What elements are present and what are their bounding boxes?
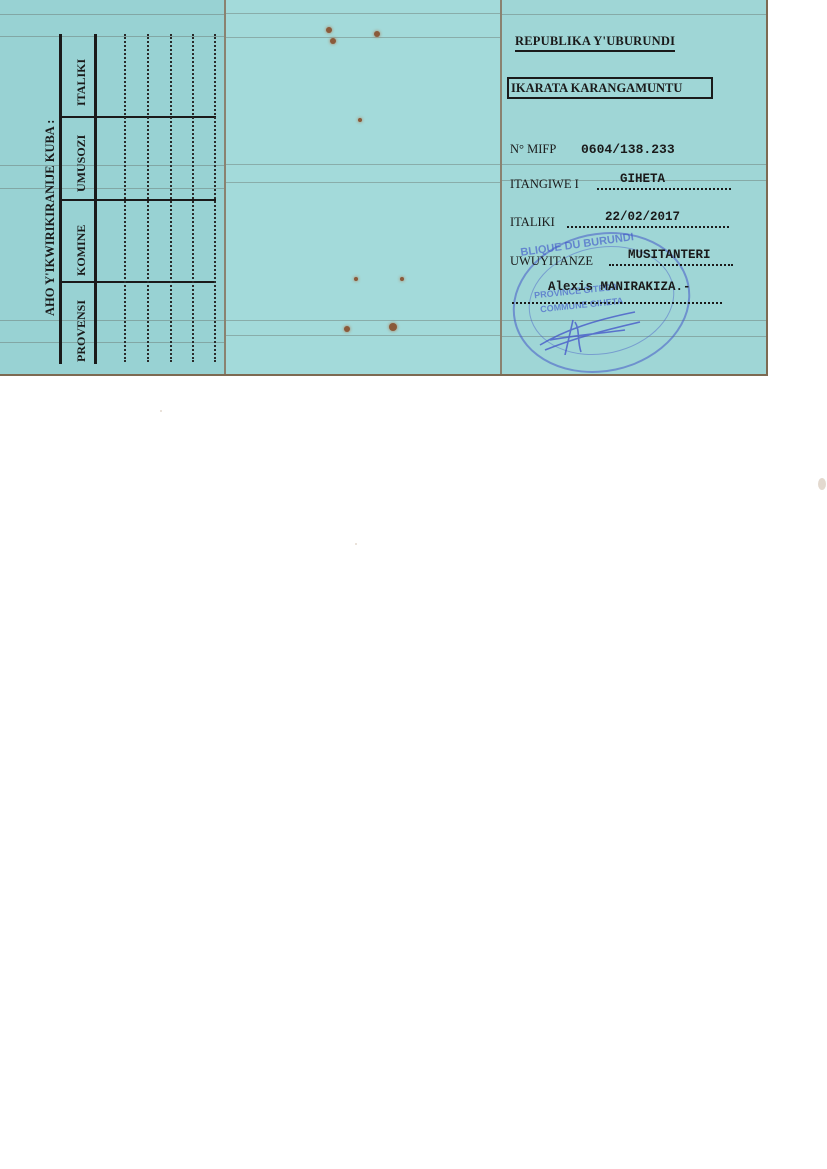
id-card: AHO Y'IKWIRIKIRANIJE KUBA : PROVENSI KOM… [0, 0, 768, 376]
issuer-name: Alexis MANIRAKIZA.- [548, 280, 691, 294]
fold-line [226, 164, 500, 165]
dotted-line [567, 226, 729, 228]
staple-mark [354, 277, 358, 281]
field-date: ITALIKI [510, 215, 555, 230]
column-umusozi: UMUSOZI [74, 135, 89, 192]
field-label: N° MIFP [510, 142, 556, 156]
entry-line [170, 34, 172, 362]
card-title: IKARATA KARANGAMUNTU [507, 77, 713, 99]
residence-table: AHO Y'IKWIRIKIRANIJE KUBA : PROVENSI KOM… [0, 0, 226, 374]
field-label: ITANGIWE I [510, 177, 579, 191]
blank-middle-panel [226, 0, 502, 374]
scan-speck [355, 543, 357, 545]
fold-line [226, 13, 500, 14]
column-provensi: PROVENSI [74, 300, 89, 362]
staple-mark [344, 326, 350, 332]
field-value: 0604/138.233 [581, 142, 675, 157]
entry-line [214, 34, 216, 362]
country-title: REPUBLIKA Y'UBURUNDI [515, 34, 675, 52]
field-value: 22/02/2017 [605, 210, 680, 224]
residence-history-panel: AHO Y'IKWIRIKIRANIJE KUBA : PROVENSI KOM… [0, 0, 226, 374]
staple-mark [389, 323, 397, 331]
staple-mark [400, 277, 404, 281]
residence-heading: AHO Y'IKWIRIKIRANIJE KUBA : [43, 120, 58, 316]
field-issued-at: ITANGIWE I [510, 177, 579, 192]
field-value: MUSITANTERI [628, 248, 711, 262]
fold-line [226, 335, 500, 336]
staple-mark [358, 118, 362, 122]
field-mifp-number: N° MIFP 0604/138.233 [510, 142, 675, 157]
scan-speck [160, 410, 162, 412]
staple-mark [330, 38, 336, 44]
entry-line [147, 34, 149, 362]
field-label: ITALIKI [510, 215, 555, 229]
field-value: GIHETA [620, 172, 665, 186]
entry-line [124, 34, 126, 362]
staple-mark [374, 31, 380, 37]
entry-line [192, 34, 194, 362]
fold-line [226, 37, 500, 38]
staple-mark [326, 27, 332, 33]
dotted-line [609, 264, 733, 266]
column-komine: KOMINE [74, 225, 89, 276]
fold-line [502, 164, 766, 165]
scan-speck [818, 478, 826, 490]
field-issuer-title: UWUYITANZE [510, 254, 593, 269]
dotted-line [512, 302, 722, 304]
column-italiki: ITALIKI [74, 59, 89, 106]
field-label: UWUYITANZE [510, 254, 593, 268]
fold-line [226, 182, 500, 183]
dotted-line [597, 188, 731, 190]
signature-icon [535, 300, 645, 355]
fold-line [502, 14, 766, 15]
fold-line [226, 320, 500, 321]
